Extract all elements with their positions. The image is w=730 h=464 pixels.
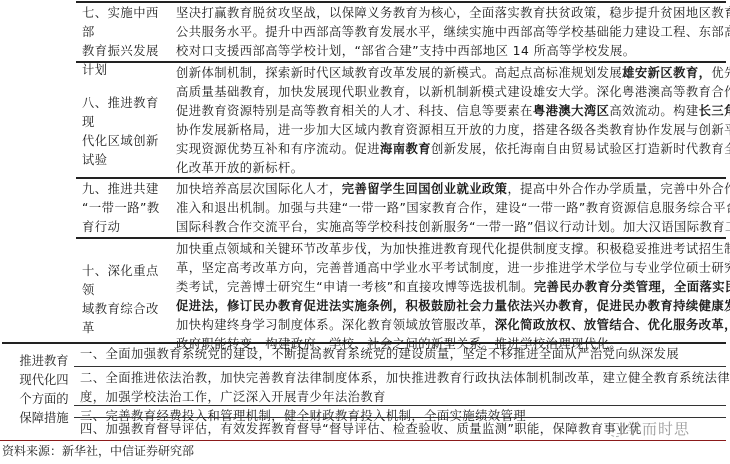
category-line: 域教育综合改	[82, 300, 170, 319]
guarantee-line: 二、全面推进依法治教，加快完善教育法律制度体系，加快推进教育行政执法体制机制改革…	[80, 369, 730, 388]
table-row-8: 八、推进教育现 代化区域创新 试验 创新体制机制，探索新时代区域教育改革发展的新…	[0, 64, 730, 176]
watermark: 学而时思	[608, 418, 690, 439]
desc-line: 实现资源优势互补和有序流动。促进海南教育创新发展，依托海南自由贸易试验区打造新时…	[176, 140, 724, 159]
guarantee-divider	[74, 405, 726, 406]
highlight-private-edu: 完善民办教育分类管理，全面落实民办教育	[534, 280, 730, 294]
desc-line: 促进教育资源特别是高等教育相关的人才、科技、信息等要素在粤港澳大湾区高效流动。构…	[176, 102, 724, 121]
desc-line: 校对口支援西部高等学校计划，“部省合建”支持中西部地区 14 所高等学校发展。	[176, 42, 724, 61]
row-description: 加快培养高层次国际化人才，完善留学生回国创业就业政策，提高中外合作办学质量，完善…	[176, 180, 724, 237]
source-note: 资料来源：新华社，中信证券研究部	[2, 442, 194, 460]
category-line: 个方面的	[14, 390, 74, 409]
highlight-xiongan: 雄安新区教育，	[622, 66, 711, 80]
watermark-text: 学而时思	[626, 420, 690, 438]
row-category: 十、深化重点领 域教育综合改 革	[82, 262, 170, 338]
guarantee-item-2: 二、全面推进依法治教，加快完善教育法律制度体系，加快推进教育行政执法体制机制改革…	[80, 369, 730, 407]
guarantee-line: 一、全面加强教育系统党的建设，不断提高教育系统党的建设质量，坚定不移推进全面从严…	[80, 345, 679, 364]
desc-line: 准入和退出机制。加强与共建“一带一路”国家教育合作，建设“一带一路”教育资源信息…	[176, 199, 724, 218]
guarantee-item-4: 四、加强教育督导评估，有效发挥教育督导“督导评估、检查验收、质量监测”职能，保障…	[80, 420, 642, 439]
category-line: 十、深化重点领	[82, 262, 170, 300]
desc-line: 加快培养高层次国际化人才，完善留学生回国创业就业政策，提高中外合作办学质量，完善…	[176, 180, 724, 199]
category-line: 试验	[82, 151, 170, 170]
row-description: 加快重点领域和关键环节改革步伐，为加快推进教育现代化提供制度支撑。积极稳妥推进考…	[176, 240, 724, 354]
table-row-7: 七、实施中西部 教育振兴发展 计划 坚决打赢教育脱贫攻坚战，以保障义务教育为核心…	[0, 4, 730, 60]
table-row-10: 十、深化重点领 域教育综合改 革 加快重点领域和关键环节改革步伐，为加快推进教育…	[0, 240, 730, 340]
desc-line: 革，坚定高考改革方向，完善普通高中学业水平考试制度，进一步推进学术学位与专业学位…	[176, 259, 724, 278]
desc-line: 高质量基础教育，加快发展现代职业教育，以新机制新模式建设雄安大学。深化粤港澳高等…	[176, 83, 724, 102]
category-line: 九、推进共建	[82, 180, 170, 199]
highlight-returnee-policy: 完善留学生回国创业就业政策	[342, 182, 508, 196]
highlight-reform: 深化简政放权、放管结合、优化服务改革，	[495, 318, 730, 332]
category-line: 八、推进教育现	[82, 94, 170, 132]
desc-line: 类考试，完善博士研究生“申请一考核”和直接攻博等选拔机制。完善民办教育分类管理，…	[176, 278, 724, 297]
guarantee-category: 推进教育 现代化四 个方面的 保障措施	[14, 352, 74, 428]
desc-line: 加快构建终身学习制度体系。深化教育领域放管服改革，深化简政放权、放管结合、优化服…	[176, 316, 724, 335]
guarantee-line: 四、加强教育督导评估，有效发挥教育督导“督导评估、检查验收、质量监测”职能，保障…	[80, 420, 642, 439]
row-divider	[76, 237, 726, 239]
highlight-yrd: 长三角	[699, 104, 730, 118]
category-line: 育行动	[82, 218, 170, 237]
row-category: 九、推进共建 “一带一路”教 育行动	[82, 180, 170, 237]
category-line: 现代化四	[14, 371, 74, 390]
desc-line: 坚决打赢教育脱贫攻坚战，以保障义务教育为核心，全面落实教育扶贫政策，稳步提升贫困…	[176, 4, 724, 23]
highlight-hainan: 海南教育	[380, 142, 431, 156]
category-line: 保障措施	[14, 409, 74, 428]
desc-line: 协作发展新格局，进一步加大区域内教育资源相互开放的力度，搭建各级各类教育协作发展…	[176, 121, 724, 140]
guarantee-divider	[74, 366, 726, 367]
category-line: 推进教育	[14, 352, 74, 371]
desc-line: 公共服务水平。提升中西部高等教育发展水平，继续实施中西部高等学校基础能力建设工程…	[176, 23, 724, 42]
row-divider	[76, 177, 726, 179]
category-line: 革	[82, 319, 170, 338]
desc-line: 加快重点领域和关键环节改革步伐，为加快推进教育现代化提供制度支撑。积极稳妥推进考…	[176, 240, 724, 259]
wechat-icon	[608, 423, 624, 437]
row-description: 坚决打赢教育脱贫攻坚战，以保障义务教育为核心，全面落实教育扶贫政策，稳步提升贫困…	[176, 4, 724, 61]
table-row-9: 九、推进共建 “一带一路”教 育行动 加快培养高层次国际化人才，完善留学生回国创…	[0, 180, 730, 236]
section-divider	[2, 342, 726, 344]
category-line: 代化区域创新	[82, 132, 170, 151]
desc-line: 国际科教合作交流平台，实施高等学校科技创新服务“一带一路”倡议行动计划。加大汉语…	[176, 218, 724, 237]
row-category: 八、推进教育现 代化区域创新 试验	[82, 94, 170, 170]
row-divider	[76, 61, 726, 63]
table-top-border	[76, 1, 726, 3]
category-line: 教育振兴发展	[82, 42, 170, 61]
category-line: “一带一路”教	[82, 199, 170, 218]
highlight-gba: 粤港澳大湾区	[533, 104, 609, 118]
desc-line: 化改革开放的新标杆。	[176, 159, 724, 178]
table-bottom-border	[0, 440, 726, 441]
category-line: 七、实施中西部	[82, 4, 170, 42]
desc-line: 创新体制机制，探索新时代区域教育改革发展的新模式。高起点高标准规划发展雄安新区教…	[176, 64, 724, 83]
guarantee-item-1: 一、全面加强教育系统党的建设，不断提高教育系统党的建设质量，坚定不移推进全面从严…	[80, 345, 679, 364]
desc-line: 促进法，修订民办教育促进法实施条例，积极鼓励社会力量依法兴办教育，促进民办教育持…	[176, 297, 724, 316]
row-description: 创新体制机制，探索新时代区域教育改革发展的新模式。高起点高标准规划发展雄安新区教…	[176, 64, 724, 178]
